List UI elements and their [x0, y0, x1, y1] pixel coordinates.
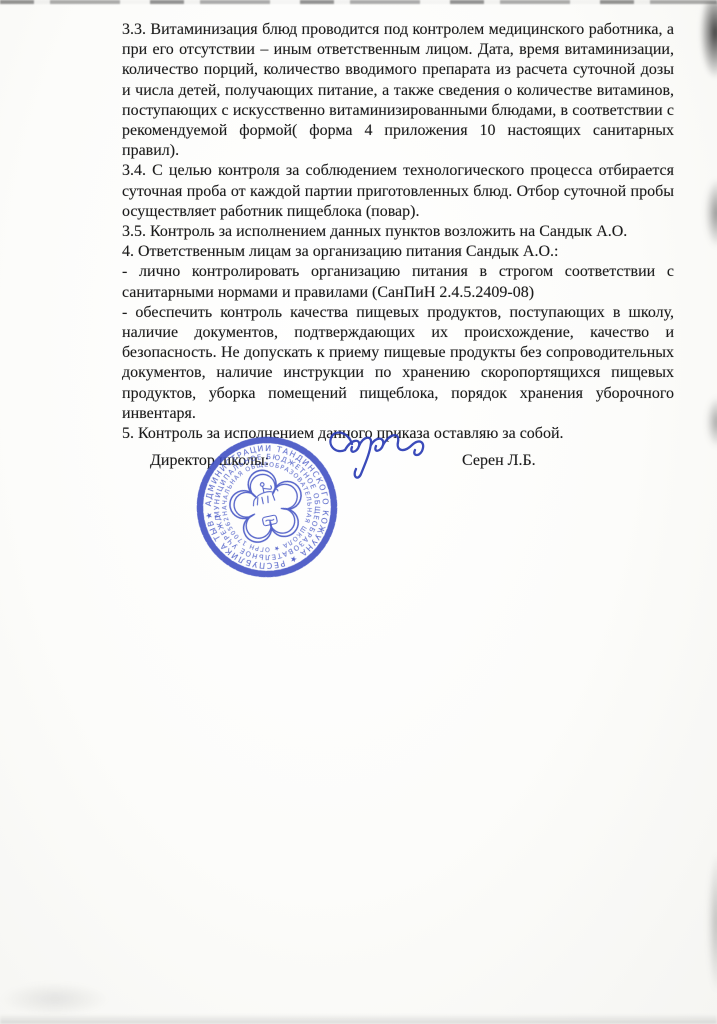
paragraph-4: 4. Ответственным лицам за организацию пи… — [122, 242, 674, 262]
scan-artifact-right-1 — [705, 178, 717, 248]
scanned-page: 3.3. Витаминизация блюд проводится под к… — [0, 0, 717, 1024]
stamp-ornament-icon — [262, 515, 277, 526]
scan-artifact-top-edge — [0, 0, 717, 4]
director-signature-icon — [320, 424, 432, 484]
scan-artifact-right-2 — [706, 396, 717, 448]
scan-artifact-top-right — [700, 2, 717, 78]
scan-artifact-bottom-left — [0, 982, 110, 1016]
paragraph-3-4: 3.4. С целью контроля за соблюдением тех… — [122, 161, 674, 222]
scan-artifact-bottom-edge — [0, 1014, 717, 1024]
document-body: 3.3. Витаминизация блюд проводится под к… — [122, 20, 674, 444]
paragraph-3-5: 3.5. Контроль за исполнением данных пунк… — [122, 222, 674, 242]
paragraph-3-3: 3.3. Витаминизация блюд проводится под к… — [122, 20, 674, 161]
director-name: Серен Л.Б. — [462, 452, 536, 470]
scan-artifact-right-3 — [708, 855, 717, 990]
paragraph-4-item-1: - лично контролировать организацию питан… — [122, 262, 674, 302]
paragraph-4-item-2: - обеспечить контроль качества пищевых п… — [122, 303, 674, 424]
signature-strokes — [330, 432, 423, 477]
